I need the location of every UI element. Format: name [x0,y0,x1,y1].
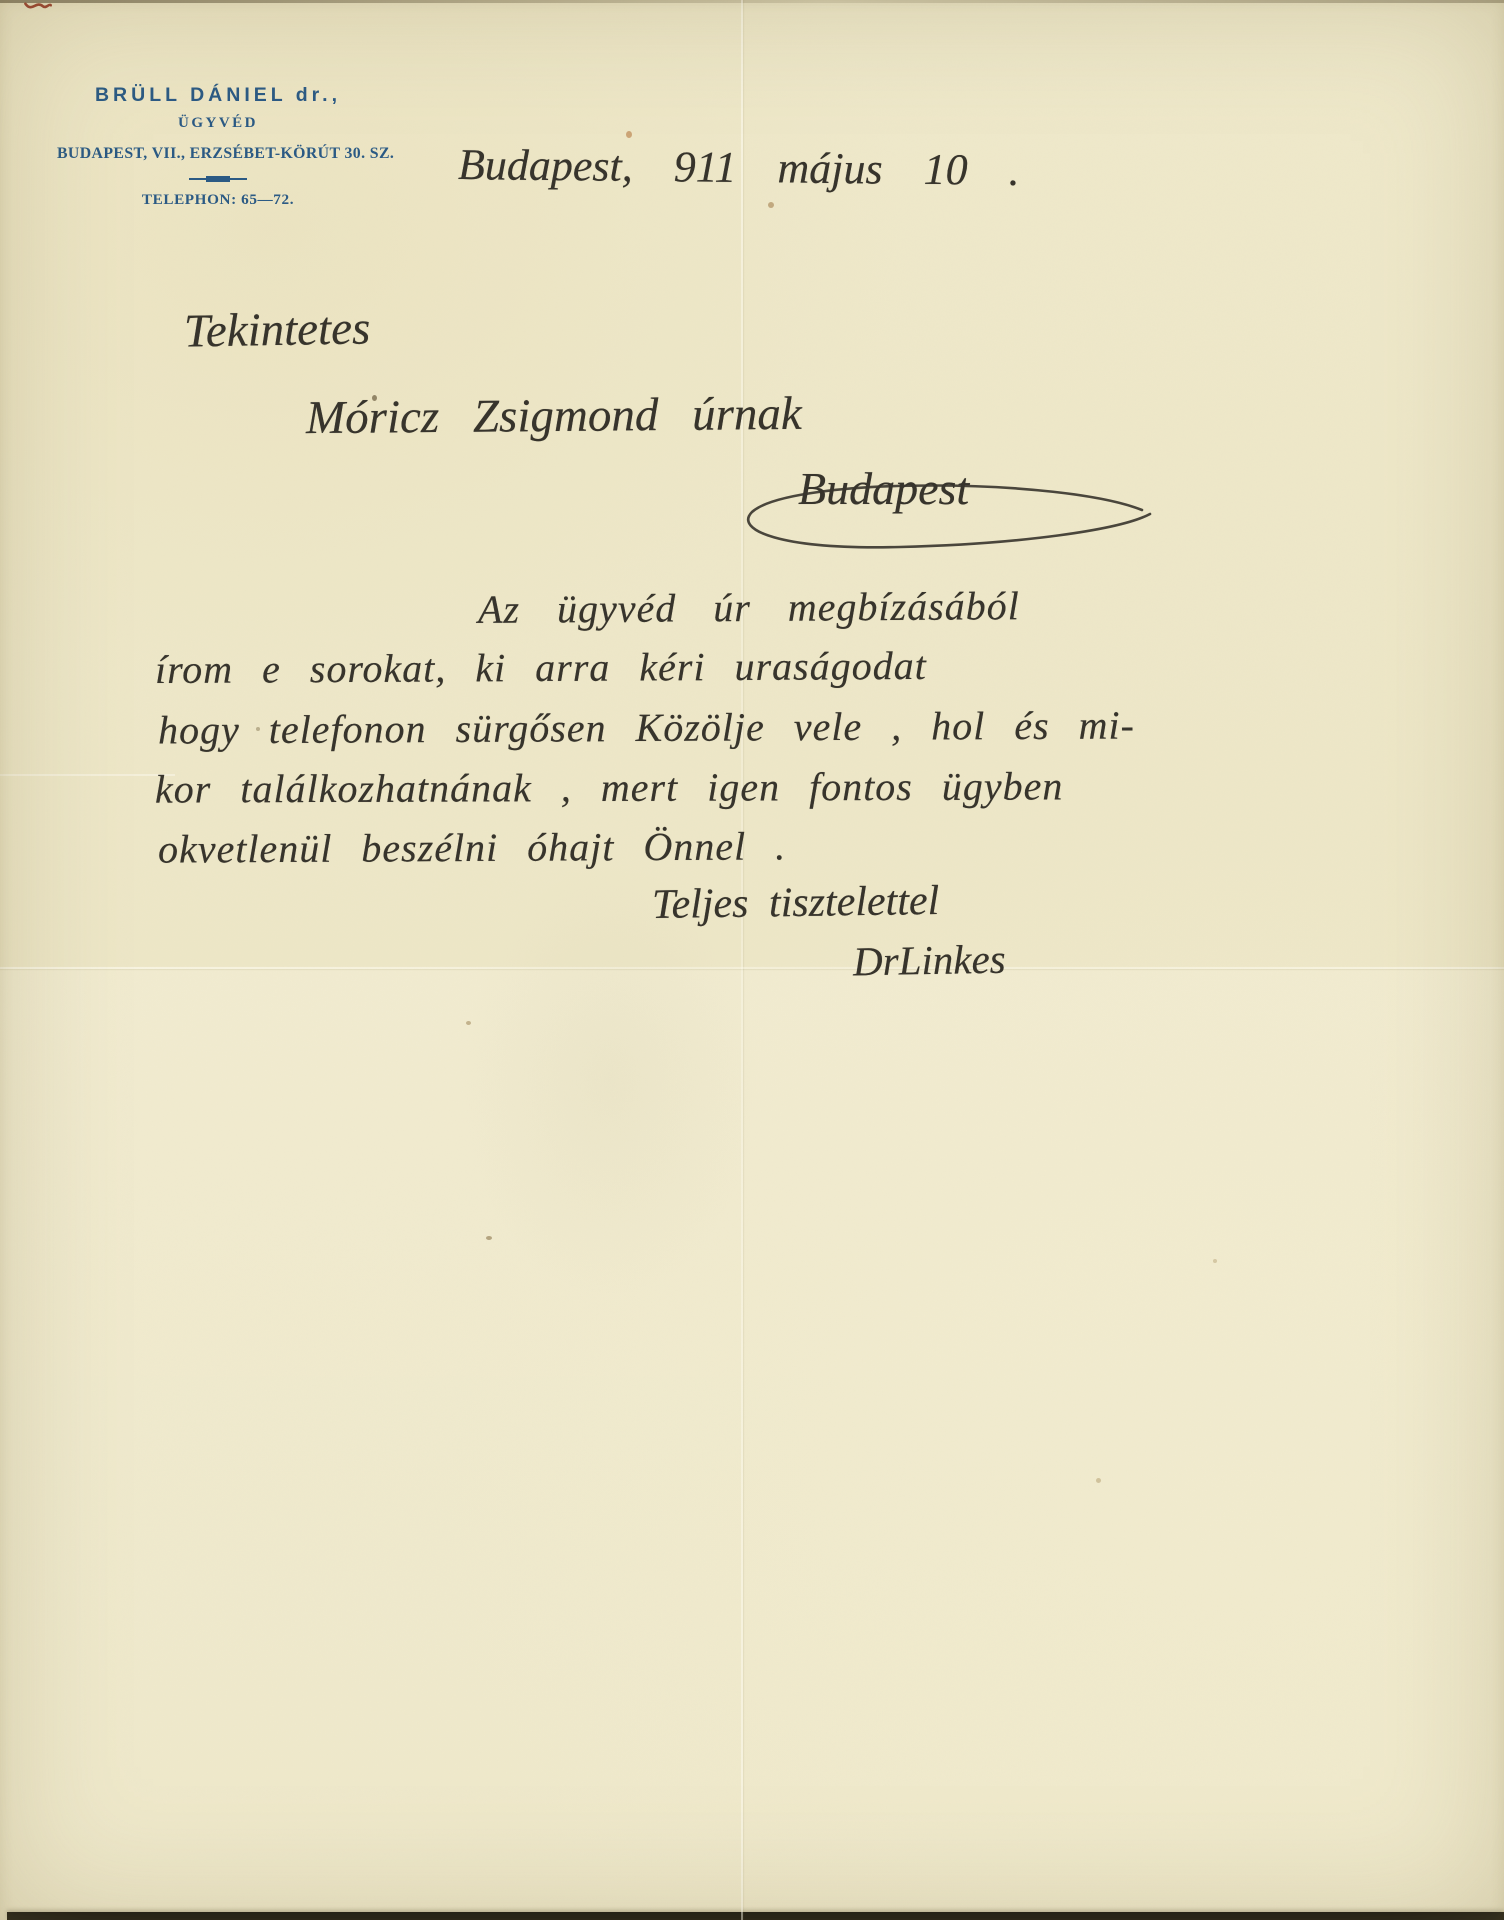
letterhead-address: BUDAPEST, VII., ERZSÉBET-KÖRÚT 30. SZ. [57,145,379,163]
handwritten-body-line: kor találkozhatnának , mert igen fontos … [155,762,1064,812]
scan-top-edge [0,0,1504,3]
handwritten-addressee-city: Budapest [798,462,969,515]
foxing-spot [1096,1478,1101,1483]
paper-grain-texture [0,0,1504,1920]
letterhead-divider-rule [189,176,247,182]
left-fold-crease [0,774,175,776]
handwritten-salutation: Tekintetes [184,301,371,358]
handwritten-body-line: okvetlenül beszélni óhajt Önnel . [158,822,786,872]
letterhead-telephone: TELEPHON: 65—72. [57,191,379,209]
foxing-spot [626,131,632,138]
handwritten-signature: DrLinkes [853,935,1006,986]
handwritten-dateline: Budapest, 911 május 10 . [458,139,1020,196]
handwritten-body-line: Az ügyvéd úr megbízásából [478,582,1020,633]
letterhead-block: BRÜLL DÁNIEL dr., ÜGYVÉD BUDAPEST, VII.,… [57,84,379,209]
horizontal-fold-crease [0,967,1504,969]
letterhead-name: BRÜLL DÁNIEL dr., [57,84,379,107]
letter-page: BRÜLL DÁNIEL dr., ÜGYVÉD BUDAPEST, VII.,… [0,0,1504,1920]
red-ink-mark [23,0,53,18]
foxing-spot [768,202,774,208]
handwritten-body-line: írom e sorokat, ki arra kéri uraságodat [155,642,927,693]
letterhead-title: ÜGYVÉD [57,115,379,132]
foxing-spot [486,1236,492,1240]
handwritten-addressee: Móricz Zsigmond úrnak [306,387,802,445]
scan-bottom-edge [7,1912,1504,1920]
vertical-fold-crease [741,0,743,1920]
handwritten-closing: Teljes tisztelettel [652,877,940,929]
handwritten-body-line: hogy telefonon sürgősen Közölje vele , h… [158,701,1135,753]
foxing-spot [1213,1259,1217,1263]
foxing-spot [466,1021,471,1025]
